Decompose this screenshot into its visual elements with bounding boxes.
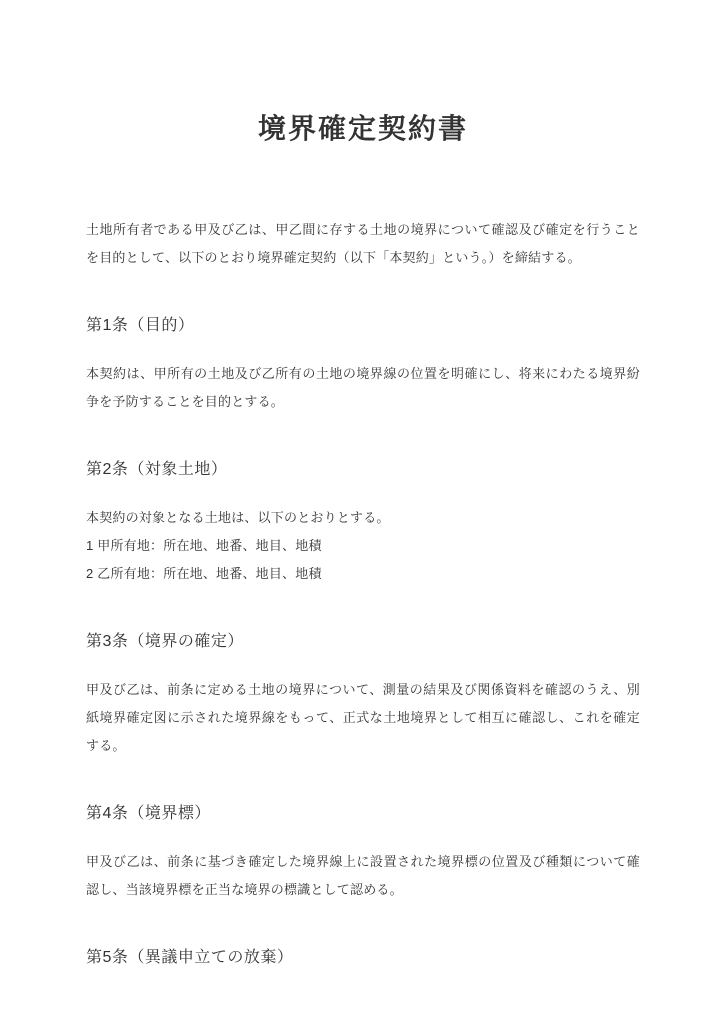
- article-3: 第3条（境界の確定） 甲及び乙は、前条に定める土地の境界について、測量の結果及び…: [86, 630, 640, 760]
- article-5: 第5条（異議申立ての放棄）: [86, 946, 640, 970]
- article-3-body: 甲及び乙は、前条に定める土地の境界について、測量の結果及び関係資料を確認のうえ、…: [86, 676, 640, 760]
- article-2-body: 本契約の対象となる土地は、以下のとおりとする。 1 甲所有地：所在地、地番、地目…: [86, 504, 640, 588]
- preamble-paragraph: 土地所有者である甲及び乙は、甲乙間に存する土地の境界について確認及び確定を行うこ…: [86, 216, 640, 272]
- article-5-heading: 第5条（異議申立ての放棄）: [86, 946, 640, 970]
- article-2-list-item-kou: 1 甲所有地：所在地、地番、地目、地積: [86, 532, 640, 560]
- article-2-list-item-otsu: 2 乙所有地：所在地、地番、地目、地積: [86, 560, 640, 588]
- article-1-body: 本契約は、甲所有の土地及び乙所有の土地の境界線の位置を明確にし、将来にわたる境界…: [86, 360, 640, 416]
- article-3-paragraph: 甲及び乙は、前条に定める土地の境界について、測量の結果及び関係資料を確認のうえ、…: [86, 676, 640, 760]
- article-1-paragraph: 本契約は、甲所有の土地及び乙所有の土地の境界線の位置を明確にし、将来にわたる境界…: [86, 360, 640, 416]
- article-2-heading: 第2条（対象土地）: [86, 458, 640, 482]
- article-1: 第1条（目的） 本契約は、甲所有の土地及び乙所有の土地の境界線の位置を明確にし、…: [86, 314, 640, 416]
- article-4-body: 甲及び乙は、前条に基づき確定した境界線上に設置された境界標の位置及び種類について…: [86, 848, 640, 904]
- article-4: 第4条（境界標） 甲及び乙は、前条に基づき確定した境界線上に設置された境界標の位…: [86, 802, 640, 904]
- article-1-heading: 第1条（目的）: [86, 314, 640, 338]
- article-3-heading: 第3条（境界の確定）: [86, 630, 640, 654]
- article-2: 第2条（対象土地） 本契約の対象となる土地は、以下のとおりとする。 1 甲所有地…: [86, 458, 640, 588]
- document-title: 境界確定契約書: [86, 112, 640, 146]
- contract-document-page: 境界確定契約書 土地所有者である甲及び乙は、甲乙間に存する土地の境界について確認…: [0, 0, 724, 1024]
- article-2-paragraph: 本契約の対象となる土地は、以下のとおりとする。: [86, 504, 640, 532]
- article-4-paragraph: 甲及び乙は、前条に基づき確定した境界線上に設置された境界標の位置及び種類について…: [86, 848, 640, 904]
- article-4-heading: 第4条（境界標）: [86, 802, 640, 826]
